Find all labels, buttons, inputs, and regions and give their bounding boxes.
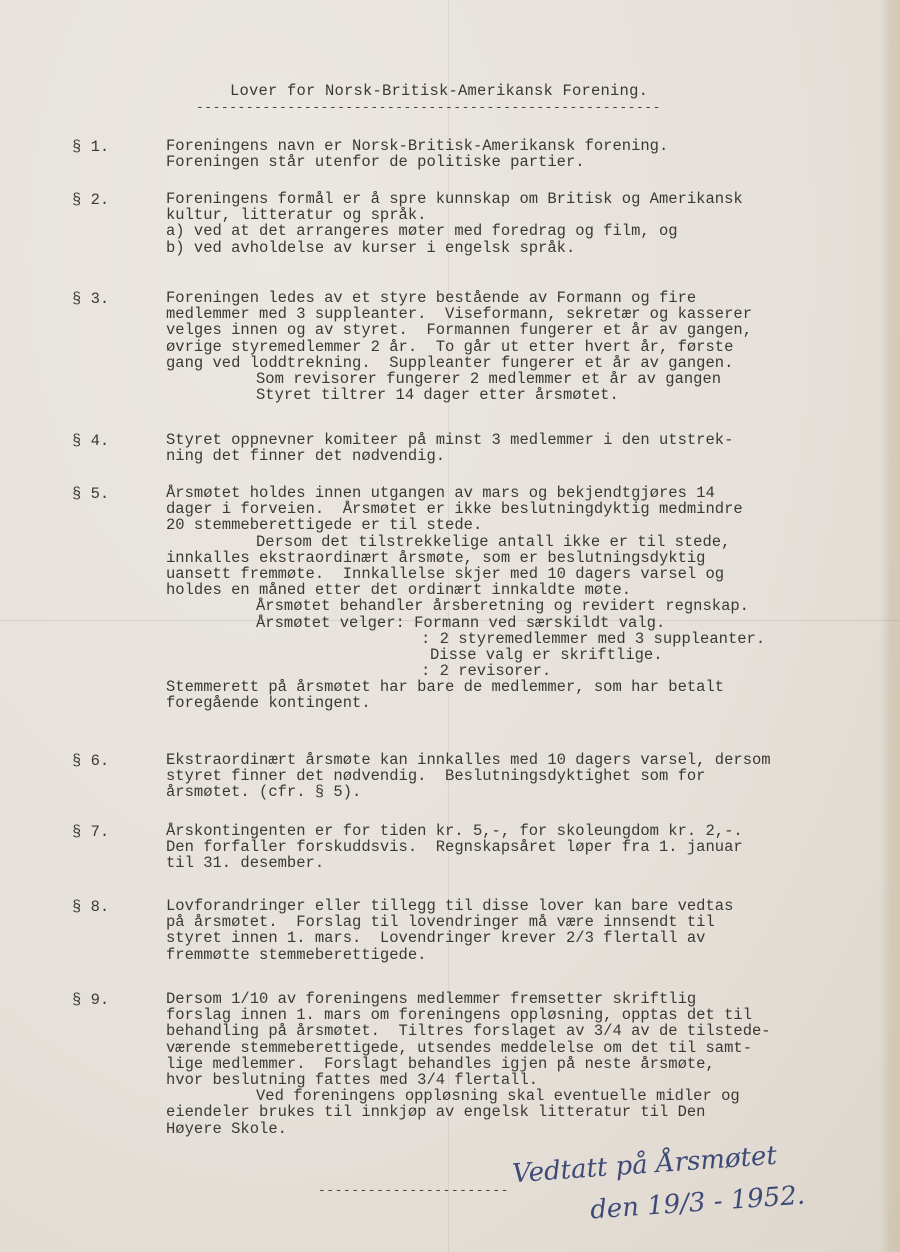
section-body: Lovforandringer eller tillegg til disse … (166, 898, 733, 963)
text-line: hvor beslutning fattes med 3/4 flertall. (166, 1072, 771, 1088)
text-line: Foreningens formål er å spre kunnskap om… (166, 191, 743, 207)
text-line: : 2 styremedlemmer med 3 suppleanter. (166, 631, 765, 647)
text-line: behandling på årsmøtet. Tiltres forslage… (166, 1023, 771, 1039)
text-line: på årsmøtet. Forslag til lovendringer må… (166, 914, 733, 930)
section-body: Foreningens formål er å spre kunnskap om… (166, 191, 743, 256)
text-line: styret innen 1. mars. Lovendringer kreve… (166, 930, 733, 946)
text-line: a) ved at det arrangeres møter med fored… (166, 223, 743, 239)
text-line: Dersom det tilstrekkelige antall ikke er… (166, 534, 765, 550)
text-line: b) ved avholdelse av kurser i engelsk sp… (166, 240, 743, 256)
text-line: innkalles ekstraordinært årsmøte, som er… (166, 550, 765, 566)
text-line: forslag innen 1. mars om foreningens opp… (166, 1007, 771, 1023)
text-line: værende stemmeberettigede, utsendes medd… (166, 1040, 771, 1056)
text-line: Årsmøtet velger: Formann ved særskildt v… (166, 615, 765, 631)
section-body: Styret oppnevner komiteer på minst 3 med… (166, 432, 733, 464)
text-line: Stemmerett på årsmøtet har bare de medle… (166, 679, 765, 695)
text-line: kultur, litteratur og språk. (166, 207, 743, 223)
text-line: lige medlemmer. Forslagt behandles igjen… (166, 1056, 771, 1072)
text-line: årsmøtet. (cfr. § 5). (166, 784, 771, 800)
text-line: holdes en måned etter det ordinært innka… (166, 582, 765, 598)
text-line: øvrige styremedlemmer 2 år. To går ut et… (166, 339, 752, 355)
text-line: Årsmøtet holdes innen utgangen av mars o… (166, 485, 765, 501)
section-body: Årskontingenten er for tiden kr. 5,-, fo… (166, 823, 743, 872)
text-line: 20 stemmeberettigede er til stede. (166, 517, 765, 533)
text-line: Ved foreningens oppløsning skal eventuel… (166, 1088, 771, 1104)
section-body: Ekstraordinært årsmøte kan innkalles med… (166, 752, 771, 801)
text-line: Styret oppnevner komiteer på minst 3 med… (166, 432, 733, 448)
text-line: ning det finner det nødvendig. (166, 448, 733, 464)
section-number: § 8. (72, 898, 109, 916)
text-line: Disse valg er skriftlige. (166, 647, 765, 663)
text-line: Den forfaller forskuddsvis. Regnskapsåre… (166, 839, 743, 855)
text-line: velges innen og av styret. Formannen fun… (166, 322, 752, 338)
title-underline: ----------------------------------------… (196, 100, 696, 115)
section-body: Foreningen ledes av et styre bestående a… (166, 290, 752, 403)
text-line: eiendeler brukes til innkjøp av engelsk … (166, 1104, 771, 1120)
text-line: : 2 revisorer. (166, 663, 765, 679)
section-number: § 3. (72, 290, 109, 308)
text-line: Høyere Skole. (166, 1121, 771, 1137)
text-line: Årsmøtet behandler årsberetning og revid… (166, 598, 765, 614)
section-number: § 2. (72, 191, 109, 209)
text-line: Som revisorer fungerer 2 medlemmer et år… (166, 371, 752, 387)
section-body: Foreningens navn er Norsk-Britisk-Amerik… (166, 138, 668, 170)
section-body: Årsmøtet holdes innen utgangen av mars o… (166, 485, 765, 712)
section-number: § 7. (72, 823, 109, 841)
document-title: Lover for Norsk-Britisk-Amerikansk Foren… (230, 82, 648, 100)
text-line: Foreningens navn er Norsk-Britisk-Amerik… (166, 138, 668, 154)
section-number: § 4. (72, 432, 109, 450)
text-line: styret finner det nødvendig. Beslutnings… (166, 768, 771, 784)
section-number: § 5. (72, 485, 109, 503)
text-line: Ekstraordinært årsmøte kan innkalles med… (166, 752, 771, 768)
text-line: til 31. desember. (166, 855, 743, 871)
text-line: Dersom 1/10 av foreningens medlemmer fre… (166, 991, 771, 1007)
section-number: § 9. (72, 991, 109, 1009)
text-line: Foreningen ledes av et styre bestående a… (166, 290, 752, 306)
text-line: uansett fremmøte. Innkallelse skjer med … (166, 566, 765, 582)
section-number: § 6. (72, 752, 109, 770)
text-line: Styret tiltrer 14 dager etter årsmøtet. (166, 387, 752, 403)
text-line: Årskontingenten er for tiden kr. 5,-, fo… (166, 823, 743, 839)
section-body: Dersom 1/10 av foreningens medlemmer fre… (166, 991, 771, 1137)
text-line: foregående kontingent. (166, 695, 765, 711)
text-line: medlemmer med 3 suppleanter. Viseformann… (166, 306, 752, 322)
text-line: fremmøtte stemmeberettigede. (166, 947, 733, 963)
section-number: § 1. (72, 138, 109, 156)
text-line: Lovforandringer eller tillegg til disse … (166, 898, 733, 914)
text-line: gang ved loddtrekning. Suppleanter funge… (166, 355, 752, 371)
closing-rule: ------------------------- (318, 1183, 510, 1198)
text-line: dager i forveien. Årsmøtet er ikke beslu… (166, 501, 765, 517)
text-line: Foreningen står utenfor de politiske par… (166, 154, 668, 170)
